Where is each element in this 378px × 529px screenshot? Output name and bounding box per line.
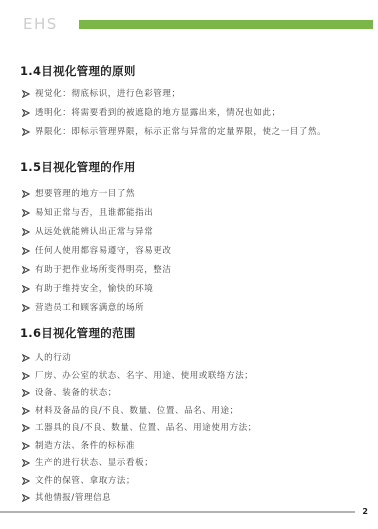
list-item: 工器具的良/不良、数量、位置、品名、用途使用方法； xyxy=(22,423,358,433)
arrowhead-bullet-icon xyxy=(22,247,30,255)
arrowhead-bullet-icon xyxy=(22,389,30,397)
list-item: 文件的保管、拿取方法； xyxy=(22,476,358,486)
arrowhead-bullet-icon xyxy=(22,90,30,98)
arrowhead-bullet-icon xyxy=(22,407,30,415)
list-item-text: 易知正常与否，且谁都能指出 xyxy=(35,208,153,218)
list-item-text: 任何人使用都容易遵守，容易更改 xyxy=(35,246,172,256)
list-item: 易知正常与否，且谁都能指出 xyxy=(22,208,358,218)
ehs-logo: EHS xyxy=(23,17,58,32)
list-item: 视觉化：彻底标识，进行色彩管理； xyxy=(22,89,358,99)
list-item-text: 界限化：即标示管理界限，标示正常与异常的定量界限，使之一目了然。 xyxy=(35,127,326,137)
bullet-list: 想要管理的地方一目了然 易知正常与否，且谁都能指出 从远处就能辨认出正常与异常 … xyxy=(20,189,358,313)
header-accent-bar xyxy=(79,20,373,29)
arrowhead-bullet-icon xyxy=(22,459,30,467)
list-item: 营造员工和顾客满意的场所 xyxy=(22,303,358,313)
bullet-list: 视觉化：彻底标识，进行色彩管理； 透明化：将需要看到的被遮隐的地方显露出来，情况… xyxy=(20,89,358,137)
arrowhead-bullet-icon xyxy=(22,209,30,217)
list-item-text: 有助于把作业场所变得明亮，整洁 xyxy=(35,265,172,275)
arrowhead-bullet-icon xyxy=(22,109,30,117)
list-item-text: 制造方法、条件的标标准 xyxy=(35,441,135,451)
list-item-text: 想要管理的地方一目了然 xyxy=(35,189,135,199)
list-item: 有助于维持安全，愉快的环境 xyxy=(22,284,358,294)
arrowhead-bullet-icon xyxy=(22,477,30,485)
list-item-text: 从远处就能辨认出正常与异常 xyxy=(35,227,153,237)
page-footer: 2 xyxy=(0,507,378,529)
arrowhead-bullet-icon xyxy=(22,128,30,136)
arrowhead-bullet-icon xyxy=(22,424,30,432)
list-item: 有助于把作业场所变得明亮，整洁 xyxy=(22,265,358,275)
list-item-text: 其他情报/管理信息 xyxy=(35,493,111,503)
section-principles: 1.4目视化管理的原则 视觉化：彻底标识，进行色彩管理； 透明化：将需要看到的被… xyxy=(20,63,358,137)
arrowhead-bullet-icon xyxy=(22,372,30,380)
arrowhead-bullet-icon xyxy=(22,442,30,450)
list-item-text: 工器具的良/不良、数量、位置、品名、用途使用方法； xyxy=(35,423,257,433)
document-page: EHS 1.4目视化管理的原则 视觉化：彻底标识，进行色彩管理； 透明化：将需要… xyxy=(0,0,378,529)
bullet-list: 人的行动 厂房、办公室的状态、名字、用途、使用或联络方法； 设备、装备的状态； … xyxy=(20,353,358,503)
arrowhead-bullet-icon xyxy=(22,304,30,312)
arrowhead-bullet-icon xyxy=(22,190,30,198)
list-item: 人的行动 xyxy=(22,353,358,363)
list-item-text: 设备、装备的状态； xyxy=(35,388,117,398)
list-item: 任何人使用都容易遵守，容易更改 xyxy=(22,246,358,256)
page-number: 2 xyxy=(362,507,368,516)
list-item-text: 厂房、办公室的状态、名字、用途、使用或联络方法； xyxy=(35,371,253,381)
list-item: 材料及备品的良/不良、数量、位置、品名、用途； xyxy=(22,406,358,416)
list-item: 其他情报/管理信息 xyxy=(22,493,358,503)
section-scope: 1.6目视化管理的范围 人的行动 厂房、办公室的状态、名字、用途、使用或联络方法… xyxy=(20,325,358,503)
list-item: 想要管理的地方一目了然 xyxy=(22,189,358,199)
arrowhead-bullet-icon xyxy=(22,285,30,293)
list-item-text: 人的行动 xyxy=(35,353,71,363)
document-body: 1.4目视化管理的原则 视觉化：彻底标识，进行色彩管理； 透明化：将需要看到的被… xyxy=(0,63,378,503)
list-item: 透明化：将需要看到的被遮隐的地方显露出来，情况也如此； xyxy=(22,108,358,118)
arrowhead-bullet-icon xyxy=(22,494,30,502)
section-title: 1.5目视化管理的作用 xyxy=(20,159,358,175)
list-item-text: 有助于维持安全，愉快的环境 xyxy=(35,284,153,294)
arrowhead-bullet-icon xyxy=(22,228,30,236)
list-item: 制造方法、条件的标标准 xyxy=(22,441,358,451)
list-item: 生产的进行状态、显示看板； xyxy=(22,458,358,468)
list-item: 厂房、办公室的状态、名字、用途、使用或联络方法； xyxy=(22,371,358,381)
section-functions: 1.5目视化管理的作用 想要管理的地方一目了然 易知正常与否，且谁都能指出 从远… xyxy=(20,159,358,313)
list-item-text: 文件的保管、拿取方法； xyxy=(35,476,135,486)
list-item-text: 材料及备品的良/不良、数量、位置、品名、用途； xyxy=(35,406,239,416)
list-item: 界限化：即标示管理界限，标示正常与异常的定量界限，使之一目了然。 xyxy=(22,127,358,137)
arrowhead-bullet-icon xyxy=(22,354,30,362)
section-title: 1.4目视化管理的原则 xyxy=(20,63,358,79)
list-item: 从远处就能辨认出正常与异常 xyxy=(22,227,358,237)
list-item-text: 透明化：将需要看到的被遮隐的地方显露出来，情况也如此； xyxy=(35,108,281,118)
page-header: EHS xyxy=(0,0,378,34)
footer-divider xyxy=(0,511,355,513)
section-title: 1.6目视化管理的范围 xyxy=(20,325,358,341)
list-item-text: 视觉化：彻底标识，进行色彩管理； xyxy=(35,89,181,99)
list-item-text: 生产的进行状态、显示看板； xyxy=(35,458,153,468)
list-item-text: 营造员工和顾客满意的场所 xyxy=(35,303,144,313)
arrowhead-bullet-icon xyxy=(22,266,30,274)
list-item: 设备、装备的状态； xyxy=(22,388,358,398)
